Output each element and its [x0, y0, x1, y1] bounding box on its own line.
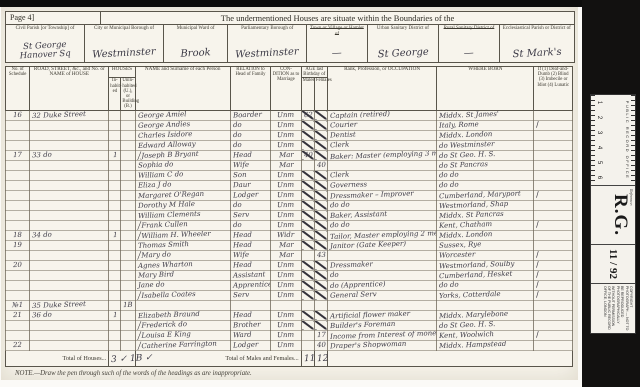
cell-text: Unm [277, 281, 294, 290]
cell-text: 40 [317, 341, 326, 349]
table-row: Frederick doBrotherUnmBuilder's Foremand… [6, 320, 573, 330]
cell-condition: Mar [271, 250, 301, 260]
cell-text: 20 [13, 261, 22, 269]
cell-text: Wife [233, 161, 249, 170]
cell-text: Isabella Coates [137, 290, 195, 300]
cell-condition [271, 300, 301, 310]
col-relation: RELATION to Head of Family [230, 67, 271, 111]
cell-age-m [301, 180, 314, 190]
cell-text: Charles Isidore [137, 130, 192, 140]
cell-text: General Serv [330, 290, 377, 300]
cell-condition: Unm [271, 340, 301, 350]
col-age-group: AGE last Birthday of [301, 67, 327, 78]
cell-age-m [301, 130, 314, 140]
scan-edge-top [0, 0, 640, 7]
cell-schedule [6, 120, 30, 130]
cell-relation: Lodger [230, 340, 271, 350]
cell-uninhabited [121, 170, 135, 180]
cell-road [30, 220, 109, 230]
cell-condition: Unm [271, 260, 301, 270]
cell-text: / [536, 251, 539, 259]
col-schedule: No. of Schedule [6, 67, 30, 111]
cell-text: Dentist [330, 131, 356, 140]
cell-name: Mary Bird [135, 270, 230, 280]
cell-text: Lodger [233, 341, 259, 350]
cell-schedule: 17 [6, 150, 30, 160]
cell-text: Unm [277, 321, 294, 330]
district-box-label: Ecclesiastical Parish or District of [500, 25, 574, 32]
cell-inhabited [109, 110, 121, 120]
district-box: Rural Sanitary District of— [439, 25, 499, 62]
archive-office-label: PUBLIC RECORD OFFICE [625, 95, 630, 185]
cell-text: Unm [277, 221, 294, 230]
cell-text: Mar [278, 251, 293, 260]
cell-relation [230, 300, 271, 310]
cell-schedule [6, 270, 30, 280]
cell-uninhabited [121, 130, 135, 140]
cell-road [30, 270, 109, 280]
cell-schedule [6, 330, 30, 340]
cell-age-f [314, 130, 327, 140]
ruler-icon: PUBLIC RECORD OFFICE 123456 [591, 95, 635, 186]
cell-schedule: 22 [6, 340, 30, 350]
cell-occupation: Janitor (Gate Keeper) [327, 240, 436, 250]
cell-text: Unm [277, 271, 294, 280]
cell-text: do do [330, 201, 350, 210]
cell-uninhabited [121, 280, 135, 290]
cell-inhabited: 1 [109, 150, 121, 160]
total-houses-value: 3 ✓ 1B ✓ [109, 350, 135, 366]
cell-road [30, 210, 109, 220]
cell-text: 22 [13, 341, 22, 349]
cell-text: Brother [233, 321, 261, 330]
ruler-number: 4 [596, 146, 602, 149]
cell-infirmity: / [534, 190, 573, 200]
cell-text: Middx. St James' [439, 110, 499, 120]
cell-road: 34 do [30, 230, 109, 240]
cell-text: do (Apprentice) [330, 280, 386, 290]
cell-text: Unm [277, 211, 294, 220]
cell-occupation: Income from Interest of money [327, 330, 436, 340]
col-name: NAME and Surname of each Person [135, 67, 230, 111]
reference-series: R.G. [612, 186, 629, 244]
cell-condition: Unm [271, 120, 301, 130]
cell-road [30, 250, 109, 260]
cell-age-m [301, 310, 314, 320]
cell-schedule [6, 290, 30, 300]
cell-text: 1B [123, 301, 133, 309]
cell-relation: Serv [230, 290, 271, 300]
cell-text: 33 do [32, 151, 52, 160]
cell-text: Governess [330, 180, 367, 189]
cell-occupation: Dressmaker [327, 260, 436, 270]
cell-inhabited [109, 140, 121, 150]
cell-uninhabited [121, 180, 135, 190]
table-row: 1733 do1Joseph B BryantHeadMar40Baker: M… [6, 150, 573, 160]
census-table-totals: Total of Houses... 3 ✓ 1B ✓ Total of Mal… [6, 350, 573, 366]
cell-where-born: Worcester [437, 250, 534, 260]
cell-uninhabited [121, 250, 135, 260]
cell-uninhabited [121, 160, 135, 170]
cell-where-born [437, 300, 534, 310]
cell-occupation: Clerk [327, 170, 436, 180]
table-row: William ClementsServUnmBaker, AssistantM… [6, 210, 573, 220]
cell-age-f [314, 170, 327, 180]
cell-road [30, 330, 109, 340]
cell-text: / [536, 121, 539, 129]
cell-text: do St Geo. H. S. [439, 320, 496, 330]
cell-text: 17 [13, 151, 22, 159]
col-inhabited: In-habit-ed [109, 78, 121, 110]
cell-text: Elizabeth Braund [137, 310, 199, 320]
cell-infirmity: / [534, 330, 573, 340]
cell-relation: Head [230, 230, 271, 240]
cell-text: Sussex, Rye [439, 240, 482, 249]
cell-name: Frank Cullen [135, 220, 230, 230]
cell-infirmity [534, 320, 573, 330]
cell-age-f: 43 [314, 250, 327, 260]
cell-where-born: do do [437, 280, 534, 290]
cell-text: / [536, 281, 539, 289]
cell-schedule [6, 250, 30, 260]
cell-occupation: Clerk [327, 140, 436, 150]
cell-occupation: Courier [327, 120, 436, 130]
cell-age-f [314, 240, 327, 250]
cell-infirmity [534, 140, 573, 150]
cell-text: Middx. St Pancras [439, 210, 504, 220]
cell-infirmity [534, 110, 573, 120]
cell-text: Unm [277, 131, 294, 140]
table-row: Charles IsidoredoUnmDentistMiddx. London [6, 130, 573, 140]
table-row: 22Catherine FarringtonLodgerUnm40Draper'… [6, 340, 573, 350]
cell-text: Head [233, 231, 252, 240]
cell-text: 17 [317, 331, 326, 339]
cell-where-born: Middx. St James' [437, 110, 534, 120]
cell-where-born: do St Pancras [437, 160, 534, 170]
cell-text: 18 [13, 231, 22, 239]
cell-text: Unm [277, 331, 294, 340]
cell-text: 36 do [32, 311, 52, 320]
cell-inhabited: 1 [109, 230, 121, 240]
cell-text: Widr [277, 231, 294, 240]
table-row: 2136 do1Elizabeth BraundHeadUnmArtificia… [6, 310, 573, 320]
cell-name: Sophia do [135, 160, 230, 170]
cell-name: William C do [135, 170, 230, 180]
cell-schedule [6, 170, 30, 180]
cell-name: Louisa E King [135, 330, 230, 340]
cell-road [30, 140, 109, 150]
cell-infirmity [534, 170, 573, 180]
cell-text: 19 [13, 241, 22, 249]
cell-text: Head [233, 261, 252, 270]
cell-relation: Son [230, 170, 271, 180]
cell-inhabited [109, 210, 121, 220]
cell-text: Draper's Shopwoman [330, 340, 407, 350]
ruler-number: 1 [596, 101, 602, 104]
census-form: Page 4] The undermentioned Houses are si… [1, 7, 578, 380]
cell-condition: Unm [271, 180, 301, 190]
cell-text: Agnes Wharton [137, 260, 192, 270]
cell-age-m [301, 190, 314, 200]
cell-condition: Mar [271, 150, 301, 160]
table-row: Louisa E KingWardUnm17Income from Intere… [6, 330, 573, 340]
cell-text: Mar [278, 151, 293, 160]
cell-inhabited [109, 190, 121, 200]
cell-age-f [314, 290, 327, 300]
cell-where-born: Yorks, Cotterdale [437, 290, 534, 300]
cell-name: Dorothy M Hale [135, 200, 230, 210]
cell-relation: Wife [230, 160, 271, 170]
cell-uninhabited [121, 270, 135, 280]
cell-infirmity [534, 200, 573, 210]
ruler-number: 3 [596, 131, 602, 134]
cell-text: Margaret O'Regan [137, 190, 203, 200]
cell-relation: do [230, 120, 271, 130]
cell-infirmity: / [534, 250, 573, 260]
cell-text: Frank Cullen [137, 220, 187, 230]
cell-text: George Amiel [137, 110, 186, 120]
cell-relation: do [230, 220, 271, 230]
cell-schedule [6, 220, 30, 230]
cell-relation: Wife [230, 250, 271, 260]
cell-text: Apprentice [233, 280, 271, 289]
table-row: Margaret O'ReganLodgerUnmDressmaker – Im… [6, 190, 573, 200]
reference-piece-number: 11 / 92 [591, 245, 635, 284]
cell-occupation: Tailor, Master employing 2 men [327, 230, 436, 240]
cell-name: Eliza J do [135, 180, 230, 190]
cell-text: Yorks, Cotterdale [439, 290, 501, 300]
cell-age-f [314, 270, 327, 280]
district-box-label: Rural Sanitary District of [439, 25, 498, 32]
reference-block: Reference: R.G. [591, 186, 635, 245]
cell-text: Westmorland, Shap [439, 200, 508, 210]
cell-text: Boarder [233, 111, 262, 120]
cell-age-m [301, 200, 314, 210]
page-number-label: Page 4] [6, 12, 101, 24]
cell-text: Unm [277, 341, 294, 350]
cell-infirmity [534, 300, 573, 310]
district-box-label: Urban Sanitary District of [368, 25, 439, 32]
cell-text: Louisa E King [137, 330, 190, 340]
cell-text: Unm [277, 111, 294, 120]
cell-name: Joseph B Bryant [135, 150, 230, 160]
cell-occupation: do [327, 270, 436, 280]
cell-text: William Clements [137, 210, 200, 220]
cell-relation: Lodger [230, 190, 271, 200]
cell-age-m [301, 280, 314, 290]
cell-text: Son [233, 171, 247, 179]
cell-relation: Daur [230, 180, 271, 190]
cell-age-m [301, 210, 314, 220]
cell-text: Baker: Master (employing 3 men) [330, 150, 437, 160]
cell-inhabited [109, 320, 121, 330]
cell-name: George Andies [135, 120, 230, 130]
cell-occupation [327, 160, 436, 170]
cell-infirmity [534, 180, 573, 190]
cell-where-born: Middx. Marylebone [437, 310, 534, 320]
cell-schedule [6, 200, 30, 210]
cell-age-m [301, 140, 314, 150]
cell-text: / [536, 191, 539, 199]
cell-text: Middx. Hampstead [439, 340, 507, 350]
cell-where-born: Cumberland, Hesket [437, 270, 534, 280]
cell-text: Middx. London [439, 130, 493, 140]
cell-text: / [536, 271, 539, 279]
cell-relation: Head [230, 260, 271, 270]
cell-occupation: Builder's Foreman [327, 320, 436, 330]
cell-relation: Assistant [230, 270, 271, 280]
cell-occupation [327, 250, 436, 260]
cell-infirmity: / [534, 270, 573, 280]
footer-note: NOTE.—Draw the pen through such of the w… [5, 370, 575, 377]
district-box-label: Civil Parish [or Township] of [6, 25, 84, 32]
cell-text: 40 [317, 161, 326, 169]
cell-schedule [6, 140, 30, 150]
cell-occupation: Baker, Assistant [327, 210, 436, 220]
cell-text: Middx. London [439, 230, 493, 240]
cell-text: Thomas Smith [137, 240, 188, 250]
cell-text: Captain (retired) [330, 110, 390, 120]
col-road: ROAD, STREET, &c., and No. or NAME of HO… [30, 67, 109, 111]
cell-text: Daur [233, 181, 251, 190]
cell-where-born: Cumberland, Maryport [437, 190, 534, 200]
col-houses-group: HOUSES [109, 67, 135, 78]
cell-age-m [301, 170, 314, 180]
table-row: Sophia doWifeMar40do St Pancras [6, 160, 573, 170]
cell-condition: Unm [271, 130, 301, 140]
cell-inhabited [109, 160, 121, 170]
cell-infirmity [534, 340, 573, 350]
cell-uninhabited [121, 220, 135, 230]
cell-text: Mar [278, 241, 293, 250]
cell-occupation: Governess [327, 180, 436, 190]
cell-age-m [301, 330, 314, 340]
cell-text: Unm [277, 121, 294, 130]
cell-inhabited [109, 300, 121, 310]
totals-row: Total of Houses... 3 ✓ 1B ✓ Total of Mal… [6, 350, 573, 366]
cell-condition: Unm [271, 280, 301, 290]
census-table-body: 1632 Duke StreetGeorge AmielBoarderUnm62… [6, 110, 573, 350]
cell-age-m [301, 220, 314, 230]
cell-text: George Andies [137, 120, 189, 130]
cell-text: do [330, 271, 339, 279]
ruler-number: 6 [596, 176, 602, 179]
cell-relation: Ward [230, 330, 271, 340]
table-row: №135 Duke Street1B [6, 300, 573, 310]
cell-road: 32 Duke Street [30, 110, 109, 120]
cell-age-f [314, 120, 327, 130]
cell-inhabited [109, 250, 121, 260]
cell-text: Serv [233, 291, 250, 300]
cell-road [30, 120, 109, 130]
cell-text: Clerk [330, 171, 350, 180]
cell-text: do Westminster [439, 140, 495, 150]
cell-name: Frederick do [135, 320, 230, 330]
cell-text: do do [439, 281, 459, 290]
cell-where-born: Middx. London [437, 130, 534, 140]
cell-text: Unm [277, 141, 294, 150]
cell-text: Courier [330, 121, 357, 130]
cell-name: Isabella Coates [135, 290, 230, 300]
cell-name: William H. Wheeler [135, 230, 230, 240]
table-row: Mary BirdAssistantUnmdoCumberland, Heske… [6, 270, 573, 280]
cell-text: do do [439, 181, 459, 190]
cell-name: Edward Alloway [135, 140, 230, 150]
cell-where-born: Middx. London [437, 230, 534, 240]
cell-infirmity [534, 310, 573, 320]
cell-schedule [6, 160, 30, 170]
cell-text: Frederick do [137, 320, 186, 330]
district-box-value: Westminster [228, 47, 306, 61]
cell-age-f [314, 300, 327, 310]
table-row: William C doSonUnmClerkdo do [6, 170, 573, 180]
cell-where-born: Sussex, Rye [437, 240, 534, 250]
cell-text: Mar [278, 161, 293, 170]
cell-text: 1 [112, 311, 117, 319]
census-table-head: No. of Schedule ROAD, STREET, &c., and N… [6, 67, 573, 111]
cell-age-f [314, 280, 327, 290]
cell-infirmity: / [534, 280, 573, 290]
cell-where-born: Kent, Chatham [437, 220, 534, 230]
cell-text: 43 [317, 251, 326, 259]
cell-infirmity [534, 210, 573, 220]
cell-text: Janitor (Gate Keeper) [330, 240, 406, 250]
cell-road [30, 290, 109, 300]
cell-text: Unm [277, 261, 294, 270]
cell-occupation [327, 300, 436, 310]
table-row: 19Thomas SmithHeadMarJanitor (Gate Keepe… [6, 240, 573, 250]
cell-text: Catherine Farrington [137, 340, 216, 350]
cell-text: Kent, Chatham [439, 220, 492, 230]
cell-text: / [536, 331, 539, 339]
cell-text: 34 do [32, 231, 52, 240]
cell-age-m: 62 [301, 110, 314, 120]
col-condition: CON-DITION as to Marriage [271, 67, 301, 111]
cell-age-f [314, 260, 327, 270]
district-box-value: St George Hanover Sq [6, 40, 85, 61]
cell-road: 35 Duke Street [30, 300, 109, 310]
cell-uninhabited [121, 330, 135, 340]
cell-text: do [233, 121, 242, 129]
district-box: City or Municipal Borough ofWestminster [85, 25, 164, 62]
cell-text: Wife [233, 251, 249, 260]
cell-uninhabited [121, 340, 135, 350]
cell-inhabited [109, 180, 121, 190]
cell-text: Tailor, Master employing 2 men [330, 230, 437, 240]
district-box-label: Parliamentary Borough of [228, 25, 306, 32]
cell-inhabited [109, 130, 121, 140]
cell-age-m [301, 240, 314, 250]
cell-occupation: do do [327, 200, 436, 210]
cell-infirmity: / [534, 220, 573, 230]
cell-text: do [233, 141, 242, 149]
cell-infirmity [534, 240, 573, 250]
cell-text: Sophia do [137, 161, 173, 170]
cell-occupation: Dentist [327, 130, 436, 140]
cell-text: 40 [303, 151, 312, 159]
cell-text: Head [233, 241, 252, 250]
cell-name: Charles Isidore [135, 130, 230, 140]
cell-name: Agnes Wharton [135, 260, 230, 270]
cell-uninhabited [121, 120, 135, 130]
cell-road [30, 260, 109, 270]
cell-inhabited [109, 170, 121, 180]
ruler-numbers: 123456 [596, 95, 602, 185]
cell-schedule: 19 [6, 240, 30, 250]
cell-road [30, 340, 109, 350]
cell-inhabited [109, 280, 121, 290]
cell-text: 62 [303, 111, 312, 119]
